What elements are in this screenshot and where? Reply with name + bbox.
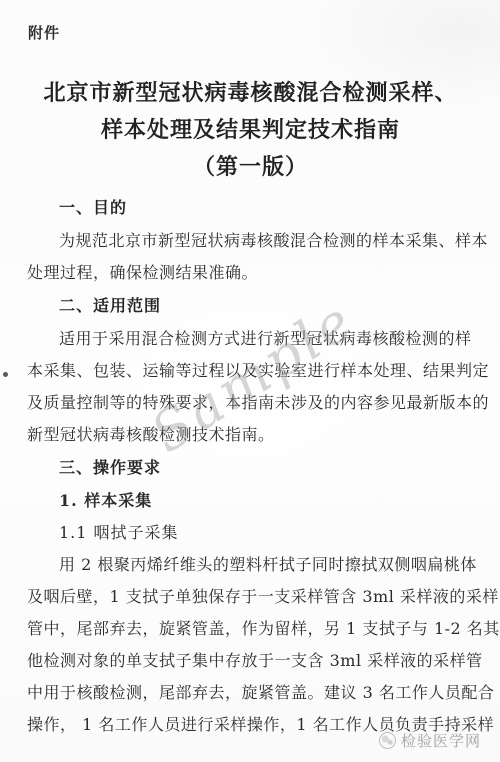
section-1-heading: 一、目的 [27, 193, 474, 225]
lab-medicine-logo-icon [379, 732, 396, 749]
paragraph-line: 本采集、包装、运输等过程以及实验室进行样本处理、结果判定 [27, 355, 474, 387]
document-body: 一、目的 为规范北京市新型冠状病毒核酸混合检测的样本采集、样本 处理过程，确保检… [27, 193, 474, 741]
section-3-sub-heading-1-1: 1.1 咽拭子采集 [27, 517, 474, 549]
footer-watermark-label: 检验医学网 [401, 730, 481, 751]
title-line-3: （第一版） [27, 149, 474, 186]
title-line-1: 北京市新型冠状病毒核酸混合检测采样、 [27, 75, 474, 112]
section-3-paragraph: 用 2 根聚丙烯纤维头的塑料杆拭子同时擦拭双侧咽扁桃体 及咽后壁，1 支拭子单独… [27, 549, 474, 741]
footer-watermark: 检验医学网 [379, 730, 481, 751]
scan-artifact-dot [3, 372, 8, 377]
paragraph-line: 他检测对象的单支拭子集中存放于一支含 3ml 采样液的采样管 [27, 645, 474, 677]
paragraph-line: 及咽后壁，1 支拭子单独保存于一支采样管含 3ml 采样液的采样 [27, 581, 474, 613]
paragraph-line: 新型冠状病毒核酸检测技术指南。 [27, 419, 474, 451]
paragraph-line: 中用于核酸检测，尾部弃去，旋紧管盖。建议 3 名工作人员配合 [27, 677, 474, 709]
title-line-2: 样本处理及结果判定技术指南 [27, 112, 474, 149]
paragraph-line: 处理过程，确保检测结果准确。 [27, 257, 474, 289]
document-title: 北京市新型冠状病毒核酸混合检测采样、 样本处理及结果判定技术指南 （第一版） [27, 75, 474, 186]
paragraph-line: 为规范北京市新型冠状病毒核酸混合检测的样本采集、样本 [27, 225, 474, 257]
section-3-heading: 三、操作要求 [27, 453, 474, 485]
paragraph-line: 及质量控制等的特殊要求，本指南未涉及的内容参见最新版本的 [27, 387, 474, 419]
paragraph-line: 用 2 根聚丙烯纤维头的塑料杆拭子同时擦拭双侧咽扁桃体 [27, 549, 474, 581]
attachment-label: 附件 [28, 22, 474, 42]
section-3-sub-heading-1: 1. 样本采集 [27, 485, 474, 517]
paragraph-line: 适用于采用混合检测方式进行新型冠状病毒核酸检测的样 [27, 323, 474, 355]
section-2-paragraph: 适用于采用混合检测方式进行新型冠状病毒核酸检测的样 本采集、包装、运输等过程以及… [27, 323, 474, 451]
paragraph-line: 管中，尾部弃去，旋紧管盖，作为留样，另 1 支拭子与 1-2 名其 [27, 613, 474, 645]
document-page: 附件 北京市新型冠状病毒核酸混合检测采样、 样本处理及结果判定技术指南 （第一版… [0, 0, 500, 762]
section-2-heading: 二、适用范围 [27, 291, 474, 323]
section-1-paragraph: 为规范北京市新型冠状病毒核酸混合检测的样本采集、样本 处理过程，确保检测结果准确… [27, 225, 474, 289]
